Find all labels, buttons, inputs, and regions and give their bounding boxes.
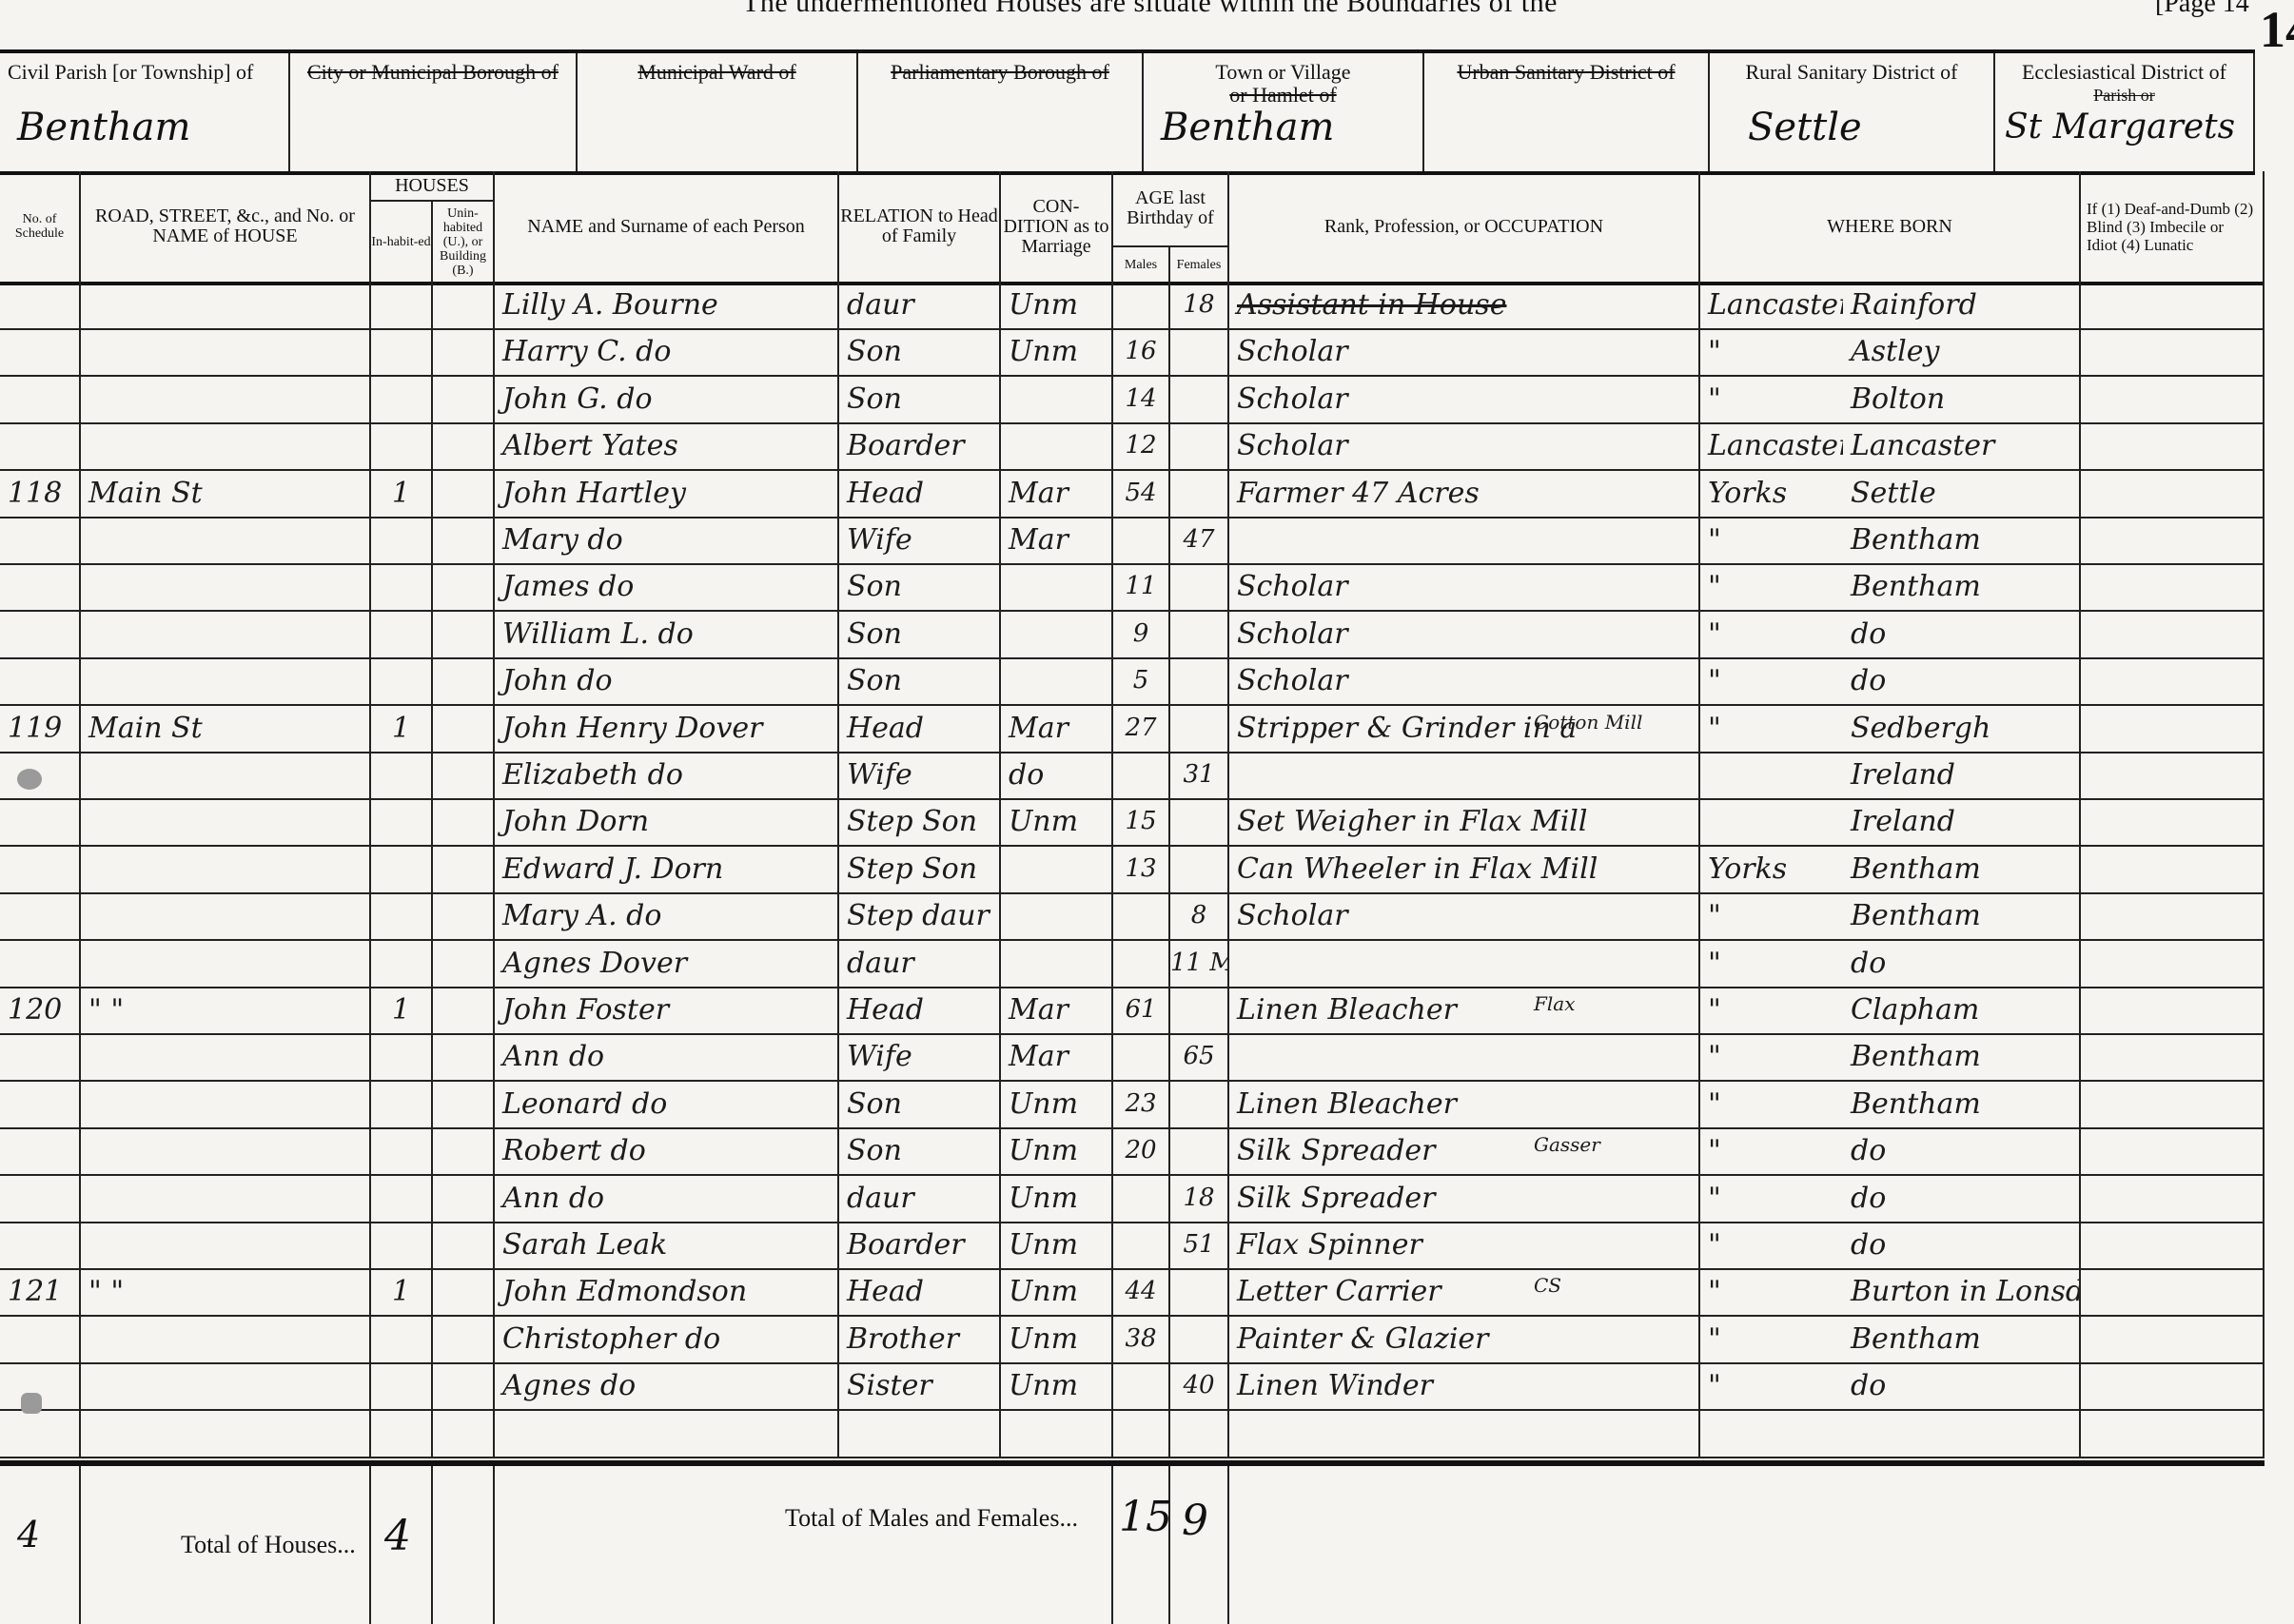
cell-relation: Head [839,470,1001,517]
cell-female-age: 51 [1170,1222,1229,1268]
boundary-struck-label: Parliamentary Borough of [858,61,1142,84]
condition-text: Unm [1009,1134,1078,1167]
boundary-municipal-ward: Municipal Ward of [578,53,858,171]
born-place-text: do [1851,617,1886,651]
condition-text: Unm [1009,335,1078,368]
cell-born-county: " [1700,940,1843,987]
road-text: " " [88,1275,124,1308]
name-text: John Edmondson [502,1275,747,1308]
cell-male-age [1113,1033,1170,1080]
cell-infirmity [2081,328,2265,375]
table-row: Lilly A. BournedaurUnm18Assistant in Hou… [0,282,2265,330]
cell-male-age [1113,940,1170,987]
occupation-text: Painter & Glazier [1237,1322,1489,1356]
cell-name: Harry C. do [495,328,839,375]
condition-text: Unm [1009,288,1078,322]
cell-road [81,1127,371,1174]
boundary-parliamentary-borough: Parliamentary Borough of [858,53,1144,171]
born-place-text: Lancaster [1851,429,1994,462]
born-place-text: Ireland [1851,758,1955,792]
cell-male-age: 38 [1113,1316,1170,1362]
cell-female-age [1170,1081,1229,1127]
cell-road [81,1081,371,1127]
cell-inhabited [371,376,433,422]
cell-occupation: Set Weigher in Flax Mill [1229,798,1700,845]
male-age-text: 15 [1125,807,1156,835]
cell-born-county [1700,752,1843,798]
cell-inhabited [371,611,433,657]
cell-born-county: Yorks [1700,846,1843,892]
cell-road: " " [81,1268,371,1315]
condition-text: Mar [1009,477,1069,510]
cell-road [81,846,371,892]
cell-born-place: Bentham [1843,1081,2081,1127]
relation-text: Boarder [847,429,965,462]
houses-total-label: Total of Houses... [181,1531,356,1559]
relation-text: Brother [847,1322,959,1356]
cell-occupation [1229,1410,1700,1457]
female-age-text: 11 Mo [1170,949,1229,977]
occupation-annotation: Cotton Mill [1534,705,1642,746]
occupation-text: Assistant in House [1237,288,1506,322]
table-row: James doSon11Scholar"Bentham [0,563,2265,612]
cell-schedule [0,422,81,469]
cell-uninhabited [433,470,495,517]
occupation-annotation: CS [1534,1268,1561,1309]
cell-female-age: 31 [1170,752,1229,798]
cell-born-county: " [1700,376,1843,422]
cell-occupation: Scholar [1229,892,1700,939]
cell-occupation: Linen BleacherFlax [1229,987,1700,1033]
cell-born-place [1843,1410,2081,1457]
condition-text: Mar [1009,993,1069,1027]
name-text: Sarah Leak [502,1228,667,1262]
cell-male-age [1113,1222,1170,1268]
cell-uninhabited [433,1175,495,1222]
cell-male-age: 9 [1113,611,1170,657]
col-females: Females [1170,247,1229,282]
cell-infirmity [2081,611,2265,657]
cell-born-place: Bentham [1843,846,2081,892]
male-age-text: 11 [1125,572,1156,600]
col-occupation: Rank, Profession, or OCCUPATION [1229,171,1700,282]
table-row: Ann dodaurUnm18Silk Spreader"do [0,1175,2265,1223]
cell-female-age [1170,563,1229,610]
cell-born-place: do [1843,1175,2081,1222]
cell-born-county: " [1700,563,1843,610]
occupation-text: Linen Bleacher [1237,1087,1457,1121]
born-place-text: do [1851,1369,1886,1402]
cell-road [81,657,371,704]
cell-relation: Son [839,611,1001,657]
condition-text: Mar [1009,523,1069,557]
cell-relation: Brother [839,1316,1001,1362]
cell-infirmity [2081,1316,2265,1362]
relation-text: Wife [847,523,912,557]
born-county-text: Lancaster [1708,429,1843,462]
cell-relation: Step Son [839,846,1001,892]
cell-road [81,611,371,657]
male-age-text: 54 [1125,479,1156,507]
cell-uninhabited [433,376,495,422]
cell-born-place: Bentham [1843,1316,2081,1362]
cell-schedule: 118 [0,470,81,517]
cell-occupation [1229,517,1700,563]
born-place-text: Ireland [1851,805,1955,838]
boundary-struck-label: Municipal Ward of [578,61,856,84]
cell-uninhabited [433,1410,495,1457]
folio-mark: 14 [2260,0,2294,59]
cell-male-age: 16 [1113,328,1170,375]
cell-road [81,328,371,375]
cell-occupation: Scholar [1229,657,1700,704]
cell-road [81,517,371,563]
table-row: Christopher doBrotherUnm38Painter & Glaz… [0,1316,2265,1364]
cell-road: " " [81,987,371,1033]
cell-infirmity [2081,1175,2265,1222]
cell-road [81,282,371,328]
cell-relation: daur [839,940,1001,987]
cell-male-age: 20 [1113,1127,1170,1174]
cell-infirmity [2081,376,2265,422]
cell-female-age [1170,1268,1229,1315]
female-age-text: 18 [1183,290,1214,319]
cell-female-age [1170,422,1229,469]
female-age-text: 47 [1183,525,1214,554]
table-row: William L. doSon9Scholar"do [0,611,2265,659]
relation-text: daur [847,288,914,322]
cell-occupation: Stripper & Grinder in aCotton Mill [1229,705,1700,752]
cell-uninhabited [433,563,495,610]
name-text: Lilly A. Bourne [502,288,718,322]
boundary-municipal-borough: City or Municipal Borough of [290,53,578,171]
col-houses: HOUSES [371,171,495,202]
cell-schedule [0,892,81,939]
cell-uninhabited [433,1127,495,1174]
table-row: 120" "1John FosterHeadMar61Linen Bleache… [0,987,2265,1035]
persons-total-label: Total of Males and Females... [785,1504,1078,1533]
cell-relation: Son [839,328,1001,375]
col-infirmity: If (1) Deaf-and-Dumb (2) Blind (3) Imbec… [2081,171,2265,282]
cell-female-age [1170,846,1229,892]
born-place-text: Bentham [1851,852,1981,886]
cell-condition [1001,611,1113,657]
cell-infirmity [2081,422,2265,469]
cell-born-county: " [1700,328,1843,375]
occupation-text: Scholar [1237,617,1348,651]
relation-text: Step Son [847,805,977,838]
cell-schedule [0,1222,81,1268]
male-age-text: 14 [1125,384,1156,413]
born-county-text: Yorks [1708,852,1787,886]
cell-inhabited [371,1410,433,1457]
schedule-text: 119 [8,712,62,745]
cell-born-place: Ireland [1843,752,2081,798]
col-road: ROAD, STREET, &c., and No. or NAME of HO… [81,171,371,282]
occupation-text: Set Weigher in Flax Mill [1237,805,1588,838]
cell-born-place: Lancaster [1843,422,2081,469]
cell-female-age: 8 [1170,892,1229,939]
cell-condition: Unm [1001,1268,1113,1315]
cell-uninhabited [433,752,495,798]
cell-born-county: " [1700,892,1843,939]
cell-relation: Step Son [839,798,1001,845]
cell-born-county: " [1700,705,1843,752]
cell-relation: Boarder [839,1222,1001,1268]
cell-male-age [1113,752,1170,798]
cell-uninhabited [433,517,495,563]
page-label: [Page 14 [2155,0,2249,19]
cell-inhabited: 1 [371,1268,433,1315]
male-age-text: 44 [1125,1277,1156,1305]
cell-name: Elizabeth do [495,752,839,798]
cell-condition [1001,940,1113,987]
cell-born-place: Settle [1843,470,2081,517]
born-place-text: Bentham [1851,1322,1981,1356]
col-name: NAME and Surname of each Person [495,171,839,282]
schedule-text: 121 [8,1275,62,1308]
male-age-text: 5 [1133,666,1149,695]
name-text: Agnes do [502,1369,636,1402]
cell-name: John Edmondson [495,1268,839,1315]
cell-schedule [0,846,81,892]
occupation-text: Farmer 47 Acres [1237,477,1480,510]
cell-uninhabited [433,611,495,657]
cell-infirmity [2081,940,2265,987]
cell-uninhabited [433,798,495,845]
cell-infirmity [2081,987,2265,1033]
cell-uninhabited [433,1222,495,1268]
cell-male-age: 27 [1113,705,1170,752]
cell-name: Ann do [495,1175,839,1222]
cell-name: Agnes Dover [495,940,839,987]
cell-road [81,1410,371,1457]
cell-male-age: 44 [1113,1268,1170,1315]
cell-female-age [1170,987,1229,1033]
boundary-value: St Margarets [2005,116,2235,139]
cell-name: Christopher do [495,1316,839,1362]
cell-infirmity [2081,752,2265,798]
cell-inhabited: 1 [371,987,433,1033]
cell-schedule [0,1033,81,1080]
cell-born-place: Sedbergh [1843,705,2081,752]
cell-male-age [1113,282,1170,328]
born-county-text: " [1708,899,1721,932]
cell-born-county: Lancaster [1700,282,1843,328]
cell-name: John Foster [495,987,839,1033]
cell-condition: Mar [1001,987,1113,1033]
col-where-born: WHERE BORN [1700,171,2081,282]
occupation-text: Scholar [1237,899,1348,932]
cell-condition: Unm [1001,798,1113,845]
col-relation: RELATION to Head of Family [839,171,1001,282]
cell-male-age: 61 [1113,987,1170,1033]
condition-text: Unm [1009,1322,1078,1356]
condition-text: Unm [1009,1087,1078,1121]
cell-born-place: do [1843,1362,2081,1409]
born-place-text: Rainford [1851,288,1977,322]
relation-text: Head [847,712,924,745]
cell-schedule [0,1175,81,1222]
female-age-text: 31 [1183,760,1214,789]
male-age-text: 9 [1133,619,1149,648]
cell-occupation: Letter CarrierCS [1229,1268,1700,1315]
name-text: Elizabeth do [502,758,683,792]
cell-schedule [0,1127,81,1174]
cell-road [81,1175,371,1222]
table-row: Agnes Doverdaur11 Mo"do [0,940,2265,988]
cell-road [81,1033,371,1080]
occupation-text: Stripper & Grinder in a [1237,712,1577,745]
male-age-text: 16 [1125,337,1156,365]
cell-condition: Unm [1001,1127,1113,1174]
cell-relation: Head [839,987,1001,1033]
cell-name: Sarah Leak [495,1222,839,1268]
cell-condition: Unm [1001,1222,1113,1268]
cell-name: John do [495,657,839,704]
boundary-label: Civil Parish [or Township] of [8,61,288,84]
cell-name: Agnes do [495,1362,839,1409]
cell-born-place: do [1843,657,2081,704]
cell-occupation: Can Wheeler in Flax Mill [1229,846,1700,892]
table-row: 119Main St1John Henry DoverHeadMar27Stri… [0,705,2265,753]
cell-born-county [1700,798,1843,845]
cell-occupation: Scholar [1229,563,1700,610]
relation-text: Step Son [847,852,977,886]
female-age-text: 51 [1183,1230,1214,1259]
cell-name: Mary A. do [495,892,839,939]
name-text: John Dorn [502,805,649,838]
condition-text: Unm [1009,1228,1078,1262]
born-county-text: " [1708,1275,1721,1308]
cell-schedule [0,376,81,422]
born-county-text: " [1708,993,1721,1027]
cell-condition: Mar [1001,470,1113,517]
born-county-text: " [1708,1040,1721,1073]
cell-inhabited [371,846,433,892]
cell-relation: Son [839,1081,1001,1127]
cell-female-age: 47 [1170,517,1229,563]
cell-uninhabited [433,1316,495,1362]
name-text: Christopher do [502,1322,720,1356]
cell-name: Mary do [495,517,839,563]
cell-occupation [1229,1033,1700,1080]
relation-text: Son [847,617,902,651]
cell-relation: Son [839,563,1001,610]
born-county-text: " [1708,664,1721,697]
occupation-text: Can Wheeler in Flax Mill [1237,852,1598,886]
cell-relation: daur [839,282,1001,328]
name-text: William L. do [502,617,694,651]
cell-female-age: 65 [1170,1033,1229,1080]
cell-born-county [1700,1410,1843,1457]
cell-occupation: Farmer 47 Acres [1229,470,1700,517]
cell-name: Leonard do [495,1081,839,1127]
cell-uninhabited [433,422,495,469]
cell-name: William L. do [495,611,839,657]
cell-born-county: " [1700,1268,1843,1315]
born-county-text: " [1708,947,1721,980]
relation-text: Son [847,664,902,697]
cell-schedule [0,1316,81,1362]
born-place-text: Settle [1851,477,1936,510]
occupation-text: Scholar [1237,429,1348,462]
cell-name: Ann do [495,1033,839,1080]
cell-female-age: 18 [1170,1175,1229,1222]
cell-relation: Wife [839,752,1001,798]
inhabited-text: 1 [392,477,410,510]
cell-born-county: Lancaster [1700,422,1843,469]
table-row: 118Main St1John HartleyHeadMar54Farmer 4… [0,470,2265,519]
occupation-text: Scholar [1237,382,1348,416]
cell-road [81,940,371,987]
cell-infirmity [2081,1410,2265,1457]
born-place-text: Bentham [1851,899,1981,932]
cell-inhabited [371,657,433,704]
cell-born-county: " [1700,1127,1843,1174]
male-age-text: 61 [1125,995,1156,1024]
cell-infirmity [2081,517,2265,563]
cell-inhabited [371,1127,433,1174]
cell-road [81,1222,371,1268]
cell-condition: Mar [1001,705,1113,752]
road-text: Main St [88,712,203,745]
cell-schedule [0,798,81,845]
cell-infirmity [2081,892,2265,939]
cell-infirmity [2081,1033,2265,1080]
name-text: Leonard do [502,1087,667,1121]
cell-female-age [1170,1316,1229,1362]
inhabited-text: 1 [392,712,410,745]
cell-born-place: Bentham [1843,1033,2081,1080]
cell-inhabited: 1 [371,705,433,752]
relation-text: Head [847,477,924,510]
cell-female-age [1170,1127,1229,1174]
cell-condition [1001,422,1113,469]
name-text: Ann do [502,1040,604,1073]
female-age-text: 18 [1183,1184,1214,1212]
cell-born-county: " [1700,1222,1843,1268]
cell-female-age [1170,657,1229,704]
cell-infirmity [2081,798,2265,845]
males-total: 15 [1119,1493,1172,1541]
cell-condition: Unm [1001,328,1113,375]
name-text: Agnes Dover [502,947,687,980]
cell-inhabited [371,1033,433,1080]
cell-condition [1001,846,1113,892]
relation-text: Son [847,335,902,368]
cell-condition [1001,892,1113,939]
schedules-count: 4 [17,1514,40,1556]
boundary-value: Bentham [17,116,190,139]
schedule-text: 118 [8,477,62,510]
cell-born-place: Rainford [1843,282,2081,328]
cell-male-age [1113,1362,1170,1409]
occupation-text: Scholar [1237,570,1348,603]
cell-schedule [0,611,81,657]
cell-infirmity [2081,1268,2265,1315]
cell-schedule: 120 [0,987,81,1033]
cell-road [81,422,371,469]
cell-inhabited [371,892,433,939]
cell-condition [1001,1410,1113,1457]
cell-born-county: " [1700,1362,1843,1409]
cell-condition: Mar [1001,1033,1113,1080]
born-county-text: " [1708,1182,1721,1215]
cell-born-place: do [1843,1127,2081,1174]
male-age-text: 12 [1125,431,1156,460]
male-age-text: 13 [1125,854,1156,883]
